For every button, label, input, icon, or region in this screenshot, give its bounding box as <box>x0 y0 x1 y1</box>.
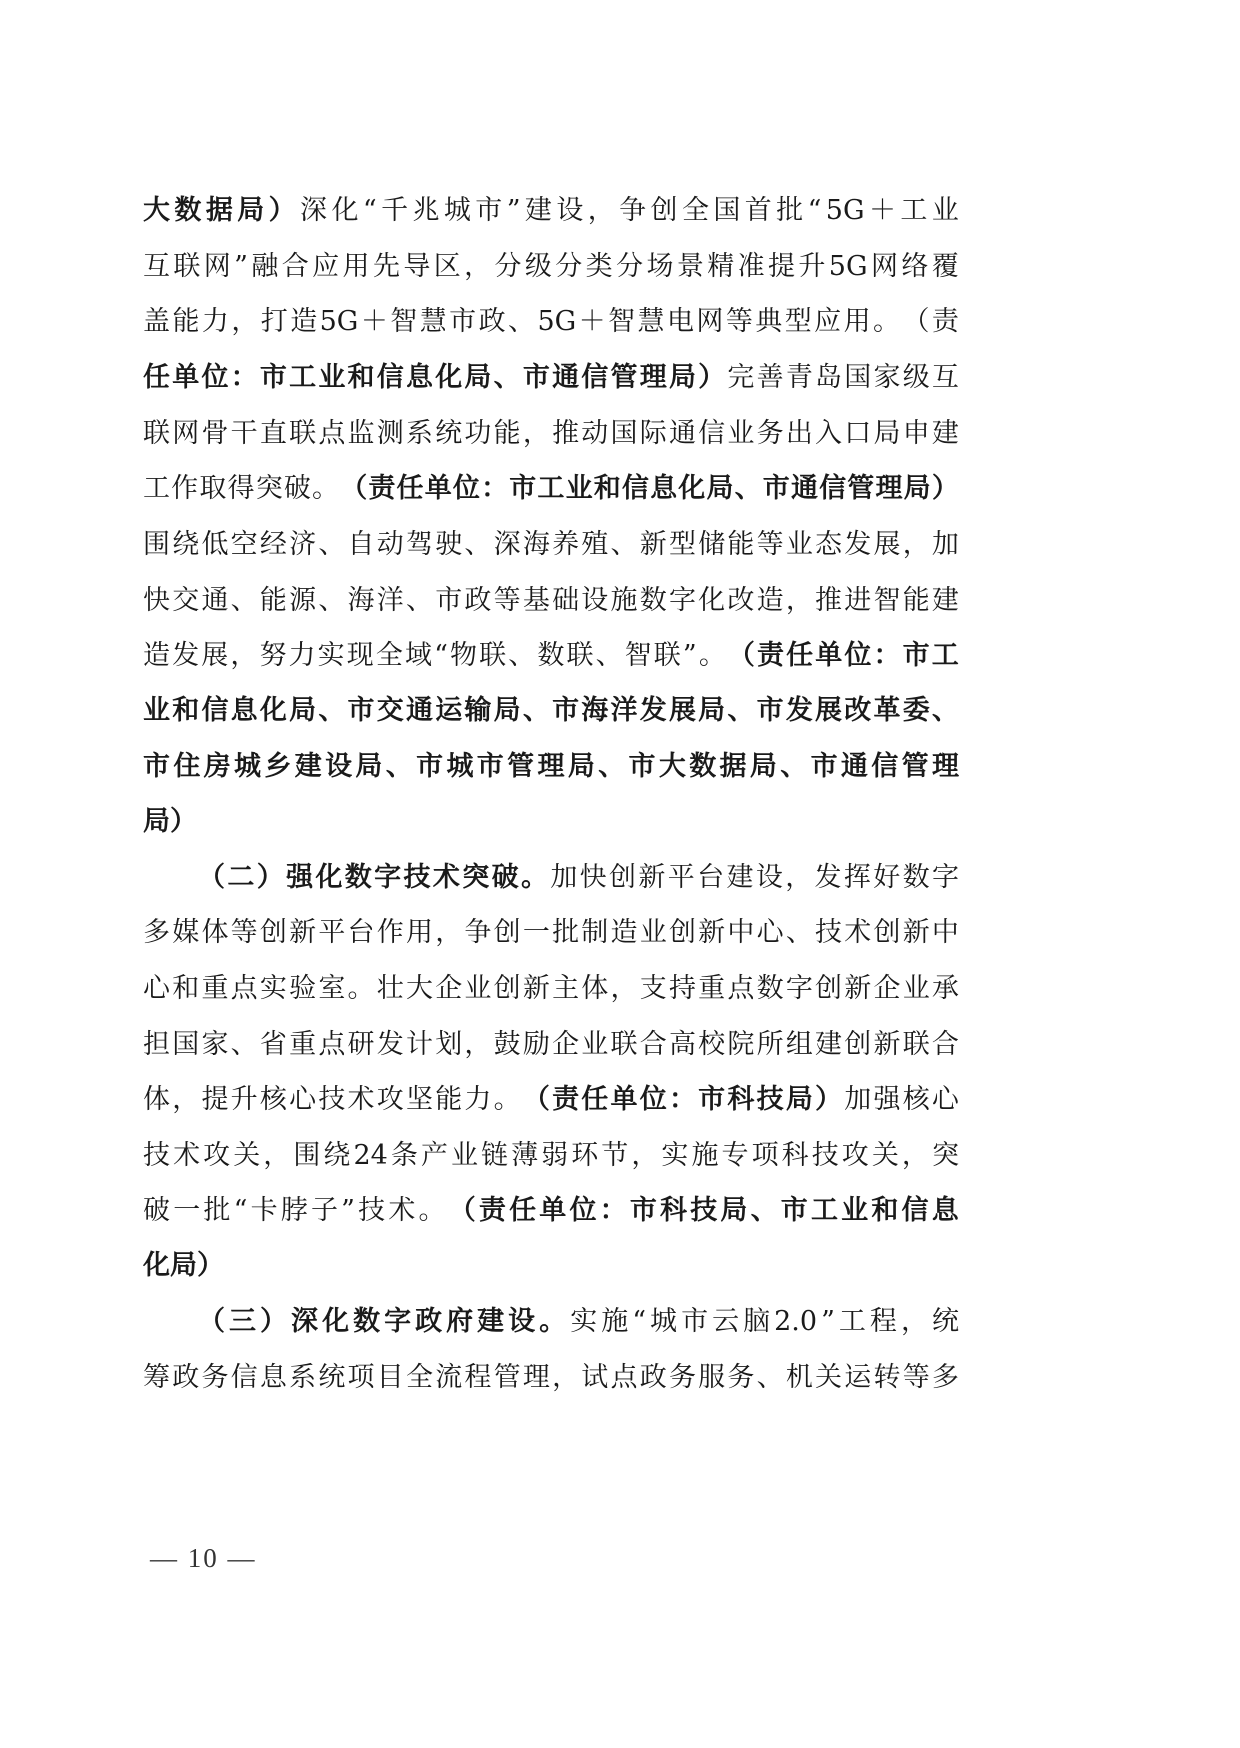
text-glyph: 联 <box>289 414 316 454</box>
text-glyph: 机 <box>786 1358 813 1398</box>
text-glyph: ： <box>873 636 900 676</box>
text-glyph: 、 <box>318 581 345 621</box>
text-glyph: 业 <box>451 1136 478 1176</box>
text-glyph: 点 <box>318 1025 345 1065</box>
text-glyph: 多 <box>932 1358 959 1398</box>
text-glyph: 能 <box>727 525 754 565</box>
text-glyph: 局 <box>143 802 170 842</box>
text-glyph: 业 <box>464 969 491 1009</box>
text-glyph: 发 <box>815 858 842 898</box>
text-glyph: ， <box>552 1358 579 1398</box>
text-glyph: 化 <box>143 1246 170 1286</box>
text-glyph: 国 <box>713 191 740 231</box>
text-glyph: 景 <box>677 247 704 287</box>
text-glyph: 运 <box>844 1358 871 1398</box>
page-number: — 10 — <box>150 1538 257 1578</box>
text-glyph: 任 <box>143 358 170 398</box>
text-glyph: 自 <box>348 525 375 565</box>
text-glyph: 力 <box>202 302 229 342</box>
text-glyph: 电 <box>667 302 694 342</box>
text-glyph: 联 <box>654 636 681 676</box>
text-glyph: 工 <box>537 469 564 509</box>
text-line: 互联网”融合应用先导区，分级分类分场景精准提升5G网络覆 <box>143 247 959 287</box>
text-glyph: 媒 <box>172 913 199 953</box>
text-glyph: 企 <box>435 969 462 1009</box>
text-glyph: 数 <box>903 858 930 898</box>
text-glyph: 政 <box>640 1358 667 1398</box>
text-glyph: 深 <box>291 1302 318 1342</box>
text-glyph: 、 <box>932 691 959 731</box>
text-glyph: 字 <box>384 1302 411 1342</box>
text-glyph: 励 <box>523 1025 550 1065</box>
text-glyph: 理 <box>537 747 564 787</box>
text-glyph: 程 <box>870 1302 897 1342</box>
text-glyph: 技 <box>815 913 842 953</box>
text-line: 体，提升核心技术攻坚能力。（责任单位：市科技局）加强核心 <box>143 1080 959 1120</box>
text-glyph: 。 <box>494 1080 521 1120</box>
text-glyph: 市 <box>763 469 790 509</box>
text-glyph: 、 <box>318 525 345 565</box>
text-glyph: 数 <box>640 581 667 621</box>
text-line: 破一批“卡脖子”技术。（责任单位：市科技局、市工业和信息 <box>143 1191 959 1231</box>
text-glyph: 责 <box>479 1191 506 1231</box>
text-glyph: 心 <box>289 1080 316 1120</box>
text-glyph: 重 <box>698 969 725 1009</box>
text-glyph: 条 <box>391 1136 418 1176</box>
text-glyph: 升 <box>231 1080 258 1120</box>
text-glyph: 。 <box>348 969 375 1009</box>
text-glyph: 术 <box>348 1080 375 1120</box>
text-glyph: 计 <box>406 1025 433 1065</box>
text-glyph: 驶 <box>435 525 462 565</box>
text-glyph: ） <box>269 191 296 231</box>
text-glyph: 攻 <box>842 1136 869 1176</box>
text-glyph: 重 <box>289 1025 316 1065</box>
text-glyph: 级 <box>903 358 930 398</box>
text-glyph: 息 <box>406 358 433 398</box>
text-glyph: 系 <box>289 1358 316 1398</box>
text-glyph: ” <box>234 247 248 287</box>
text-glyph: 殖 <box>581 525 608 565</box>
text-glyph: 弱 <box>541 1136 568 1176</box>
text-glyph: ， <box>435 913 462 953</box>
text-glyph: 国 <box>611 414 638 454</box>
text-glyph: 府 <box>446 1302 473 1342</box>
text-glyph: 慧 <box>638 302 665 342</box>
text-glyph: 局 <box>494 691 521 731</box>
text-glyph: 术 <box>388 1191 415 1231</box>
text-glyph: 委 <box>903 691 930 731</box>
text-glyph: 市 <box>416 747 443 787</box>
text-glyph: 业 <box>727 414 754 454</box>
text-glyph: 智 <box>608 302 635 342</box>
text-glyph: 管 <box>847 469 874 509</box>
text-glyph: ， <box>901 1302 928 1342</box>
text-glyph: 功 <box>464 414 491 454</box>
text-glyph: 链 <box>481 1136 508 1176</box>
text-glyph: 完 <box>727 358 754 398</box>
text-glyph: 作 <box>171 469 198 509</box>
text-glyph: 组 <box>786 1025 813 1065</box>
text-glyph: 项 <box>752 1136 779 1176</box>
text-glyph: 海 <box>348 581 375 621</box>
text-glyph: 、 <box>757 1358 784 1398</box>
text-glyph: ， <box>263 1136 290 1176</box>
text-glyph: 关 <box>815 1358 842 1398</box>
text-glyph: “ <box>234 1191 248 1231</box>
text-glyph: 业 <box>318 358 345 398</box>
text-glyph: 任 <box>581 1080 608 1120</box>
text-glyph: 政 <box>464 581 491 621</box>
text-glyph: 批 <box>203 1191 230 1231</box>
text-glyph: 核 <box>260 1080 287 1120</box>
text-glyph: 担 <box>143 1025 170 1065</box>
text-glyph: 网 <box>696 302 723 342</box>
text-glyph: 子 <box>311 1191 338 1231</box>
text-glyph: 快 <box>143 581 170 621</box>
text-glyph: 信 <box>201 691 228 731</box>
text-glyph: （ <box>198 858 225 898</box>
text-glyph: 储 <box>698 525 725 565</box>
text-glyph: 市 <box>903 636 930 676</box>
text-glyph: 局 <box>873 414 900 454</box>
text-glyph: 级 <box>525 247 552 287</box>
text-glyph: 岛 <box>815 358 842 398</box>
text-glyph: 、 <box>780 747 807 787</box>
text-glyph: 数 <box>757 969 784 1009</box>
text-glyph: 局 <box>904 469 931 509</box>
text-glyph: 导 <box>403 247 430 287</box>
text-glyph: 数 <box>537 636 564 676</box>
text-glyph: 业 <box>566 469 593 509</box>
text-glyph: 、 <box>318 691 345 731</box>
text-glyph: 现 <box>347 636 374 676</box>
text-glyph: 大 <box>143 191 170 231</box>
text-glyph: 核 <box>903 1080 930 1120</box>
text-glyph: 创 <box>815 969 842 1009</box>
text-glyph: 卡 <box>251 1191 278 1231</box>
text-glyph: 化 <box>331 191 358 231</box>
text-glyph: 管 <box>611 358 638 398</box>
text-glyph: ） <box>260 1302 287 1342</box>
text-glyph: 创 <box>844 1025 871 1065</box>
text-glyph: 造 <box>611 913 638 953</box>
text-glyph: 节 <box>601 1136 628 1176</box>
text-glyph: 推 <box>552 414 579 454</box>
text-glyph: 兆 <box>412 191 439 231</box>
text-glyph: 革 <box>873 691 900 731</box>
text-glyph: 局 <box>669 358 696 398</box>
text-glyph: ） <box>257 858 284 898</box>
text-glyph: 局 <box>464 358 491 398</box>
text-glyph: ， <box>464 1025 491 1065</box>
text-glyph: 设 <box>508 1302 535 1342</box>
text-glyph: 交 <box>172 581 199 621</box>
text-glyph: 得 <box>228 469 255 509</box>
text-glyph: “ <box>363 191 377 231</box>
text-glyph: “ <box>808 191 822 231</box>
text-glyph: 能 <box>435 1080 462 1120</box>
text-glyph: 发 <box>172 636 199 676</box>
text-glyph: 实 <box>260 969 287 1009</box>
text-glyph: 高 <box>669 1025 696 1065</box>
text-glyph: 点 <box>318 414 345 454</box>
text-glyph: 动 <box>377 525 404 565</box>
text-glyph: 、 <box>727 691 754 731</box>
text-glyph: 实 <box>661 1136 688 1176</box>
text-glyph: 融 <box>251 247 278 287</box>
text-glyph: 理 <box>932 747 959 787</box>
text-glyph: 合 <box>282 247 309 287</box>
text-glyph: 深 <box>494 525 521 565</box>
text-glyph: 实 <box>570 1302 597 1342</box>
text-glyph: 建 <box>295 747 322 787</box>
text-glyph: 造 <box>290 302 317 342</box>
text-glyph: 业 <box>903 969 930 1009</box>
text-line: 筹政务信息系统项目全流程管理，试点政务服务、机关运转等多 <box>143 1358 959 1398</box>
text-glyph: 设 <box>581 581 608 621</box>
text-glyph: ＋ <box>869 191 896 231</box>
text-glyph: 云 <box>712 1302 739 1342</box>
text-glyph: 络 <box>901 247 928 287</box>
text-glyph: 批 <box>776 191 803 231</box>
text-glyph: 创 <box>651 191 678 231</box>
text-glyph: 发 <box>786 691 813 731</box>
text-glyph: 等 <box>494 581 521 621</box>
text-glyph: 新 <box>873 1025 900 1065</box>
text-glyph: 强 <box>286 858 313 898</box>
text-glyph: 联 <box>566 636 593 676</box>
text-glyph: 5G <box>537 302 576 342</box>
text-glyph: 力 <box>289 636 316 676</box>
text-glyph: 、 <box>386 747 413 787</box>
text-glyph: 大 <box>406 969 433 1009</box>
text-glyph: 绕 <box>323 1136 350 1176</box>
text-glyph: 划 <box>435 1025 462 1065</box>
text-glyph: 精 <box>707 247 734 287</box>
text-glyph: 信 <box>581 358 608 398</box>
text-glyph: 国 <box>172 1025 199 1065</box>
text-glyph: ， <box>523 414 550 454</box>
text-glyph: 工 <box>932 636 959 676</box>
text-glyph: 新 <box>640 525 667 565</box>
text-line: 技术攻关，围绕24条产业链薄弱环节，实施专项科技攻关，突 <box>143 1136 959 1176</box>
text-glyph: 业 <box>932 191 959 231</box>
text-glyph: 化 <box>435 358 462 398</box>
text-glyph: 分 <box>616 247 643 287</box>
text-line: 化局） <box>143 1246 959 1286</box>
text-glyph: 转 <box>873 1358 900 1398</box>
text-glyph: 化 <box>698 581 725 621</box>
text-glyph: 攻 <box>377 1080 404 1120</box>
text-glyph: 新 <box>523 969 550 1009</box>
text-glyph: 位 <box>201 358 228 398</box>
text-glyph: 技 <box>404 858 431 898</box>
text-glyph: 新 <box>698 913 725 953</box>
text-glyph: 通 <box>791 469 818 509</box>
text-glyph: 市 <box>475 191 502 231</box>
text-glyph: 建 <box>726 858 753 898</box>
text-glyph: 加 <box>844 1080 871 1120</box>
text-glyph: 等 <box>231 913 258 953</box>
text-glyph: 多 <box>143 913 170 953</box>
text-glyph: 5G <box>320 302 359 342</box>
document-page: 大数据局）深化“千兆城市”建设，争创全国首批“5G＋工业互联网”融合应用先导区，… <box>0 0 1240 1748</box>
text-glyph: （ <box>523 1080 550 1120</box>
text-glyph: 室 <box>318 969 345 1009</box>
text-glyph: 加 <box>550 858 577 898</box>
text-glyph: 建 <box>932 581 959 621</box>
text-glyph: 、 <box>611 525 638 565</box>
text-glyph: 技 <box>358 1191 385 1231</box>
text-glyph: 升 <box>798 247 825 287</box>
text-glyph: 技 <box>757 1080 784 1120</box>
text-glyph: 脑 <box>743 1302 770 1342</box>
text-glyph: 强 <box>873 1080 900 1120</box>
text-glyph: 造 <box>143 636 170 676</box>
text-glyph: 施 <box>611 581 638 621</box>
text-glyph: 类 <box>586 247 613 287</box>
text-glyph: 统 <box>435 414 462 454</box>
text-glyph: 努 <box>259 636 286 676</box>
text-glyph: 点 <box>231 969 258 1009</box>
text-glyph: 信 <box>871 747 898 787</box>
text-glyph: ， <box>631 1136 658 1176</box>
text-glyph: 输 <box>464 691 491 731</box>
text-glyph: 工 <box>143 469 170 509</box>
text-glyph: 研 <box>348 1025 375 1065</box>
text-glyph: 际 <box>640 414 667 454</box>
text-glyph: ， <box>786 581 813 621</box>
text-glyph: 企 <box>873 969 900 1009</box>
text-glyph: 单 <box>539 1191 566 1231</box>
text-glyph: 智 <box>873 581 900 621</box>
text-glyph: 市 <box>757 691 784 731</box>
text-glyph: 单 <box>425 469 452 509</box>
text-glyph: 作 <box>377 913 404 953</box>
text-glyph: ， <box>611 969 638 1009</box>
text-glyph: 承 <box>932 969 959 1009</box>
text-glyph: 数 <box>689 747 716 787</box>
text-glyph: 息 <box>650 469 677 509</box>
text-glyph: 应 <box>312 247 339 287</box>
text-glyph: 科 <box>782 1136 809 1176</box>
text-glyph: 市 <box>523 358 550 398</box>
text-glyph: 网 <box>871 247 898 287</box>
text-glyph: 局 <box>170 1246 197 1286</box>
text-glyph: 工 <box>811 1191 838 1231</box>
text-glyph: 提 <box>201 1080 228 1120</box>
text-glyph: 术 <box>173 1136 200 1176</box>
text-glyph: ＋ <box>579 302 606 342</box>
text-glyph: 智 <box>390 302 417 342</box>
text-glyph: 术 <box>844 913 871 953</box>
text-glyph: 好 <box>873 858 900 898</box>
text-glyph: 取 <box>199 469 226 509</box>
text-glyph: 制 <box>581 913 608 953</box>
text-glyph: 管 <box>507 747 534 787</box>
text-glyph: 智 <box>625 636 652 676</box>
text-glyph: 信 <box>622 469 649 509</box>
text-glyph: ， <box>464 247 491 287</box>
text-glyph: 源 <box>289 581 316 621</box>
text-glyph: ” <box>821 1302 835 1342</box>
text-glyph: ， <box>785 858 812 898</box>
text-glyph: 业 <box>143 691 170 731</box>
text-glyph: （ <box>449 1191 476 1231</box>
text-glyph: 准 <box>738 247 765 287</box>
text-glyph: 市 <box>698 1080 725 1120</box>
text-glyph: 新 <box>289 913 316 953</box>
text-glyph: 提 <box>768 247 795 287</box>
text-glyph: 大 <box>659 747 686 787</box>
text-glyph: 能 <box>903 581 930 621</box>
text-glyph: 破 <box>284 469 311 509</box>
text-glyph: 破 <box>143 1191 170 1231</box>
text-glyph: 分 <box>555 247 582 287</box>
text-glyph: 息 <box>932 1191 959 1231</box>
text-line: 任单位：市工业和信息化局、市通信管理局）完善青岛国家级互 <box>143 358 959 398</box>
text-glyph: 济 <box>289 525 316 565</box>
text-glyph: 薄 <box>511 1136 538 1176</box>
text-glyph: 围 <box>143 525 170 565</box>
text-glyph: 字 <box>786 969 813 1009</box>
text-glyph: 发 <box>844 525 871 565</box>
text-glyph: 三 <box>229 1302 256 1342</box>
text-glyph: 关 <box>233 1136 260 1176</box>
text-glyph: 和 <box>172 969 199 1009</box>
text-glyph: （ <box>902 302 929 342</box>
text-glyph: 体 <box>581 969 608 1009</box>
text-glyph: ” <box>683 636 697 676</box>
text-glyph: 绕 <box>172 525 199 565</box>
text-glyph: 洋 <box>611 691 638 731</box>
text-glyph: ” <box>341 1191 355 1231</box>
text-line: 围绕低空经济、自动驾驶、深海养殖、新型储能等业态发展，加 <box>143 525 959 565</box>
text-glyph: 化 <box>678 469 705 509</box>
text-glyph: ， <box>230 636 257 676</box>
text-glyph: 市 <box>260 358 287 398</box>
text-line: 市住房城乡建设局、市城市管理局、市大数据局、市通信管理 <box>143 747 959 787</box>
text-glyph: “ <box>434 636 448 676</box>
text-glyph: 养 <box>552 525 579 565</box>
text-glyph: 千 <box>381 191 408 231</box>
text-glyph: 局 <box>750 747 777 787</box>
text-line: 心和重点实验室。壮大企业创新主体，支持重点数字创新企业承 <box>143 969 959 1009</box>
text-glyph: 验 <box>289 969 316 1009</box>
text-glyph: 心 <box>932 1080 959 1120</box>
text-glyph: 平 <box>668 858 695 898</box>
text-glyph: 新 <box>844 969 871 1009</box>
text-glyph: 。 <box>873 302 900 342</box>
text-glyph: 科 <box>660 1191 687 1231</box>
text-glyph: 责 <box>368 469 395 509</box>
text-glyph: 通 <box>841 747 868 787</box>
text-glyph: ， <box>231 302 258 342</box>
text-glyph: 重 <box>201 969 228 1009</box>
text-glyph: 、 <box>786 913 813 953</box>
text-glyph: 分 <box>495 247 522 287</box>
text-glyph: 统 <box>318 1358 345 1398</box>
text-glyph: 系 <box>406 414 433 454</box>
text-glyph: 破 <box>492 858 519 898</box>
text-glyph: 专 <box>722 1136 749 1176</box>
text-glyph: ） <box>170 802 197 842</box>
text-glyph: 场 <box>646 247 673 287</box>
text-glyph: ） <box>932 469 959 509</box>
text-glyph: 进 <box>844 581 871 621</box>
text-glyph: 驾 <box>406 525 433 565</box>
